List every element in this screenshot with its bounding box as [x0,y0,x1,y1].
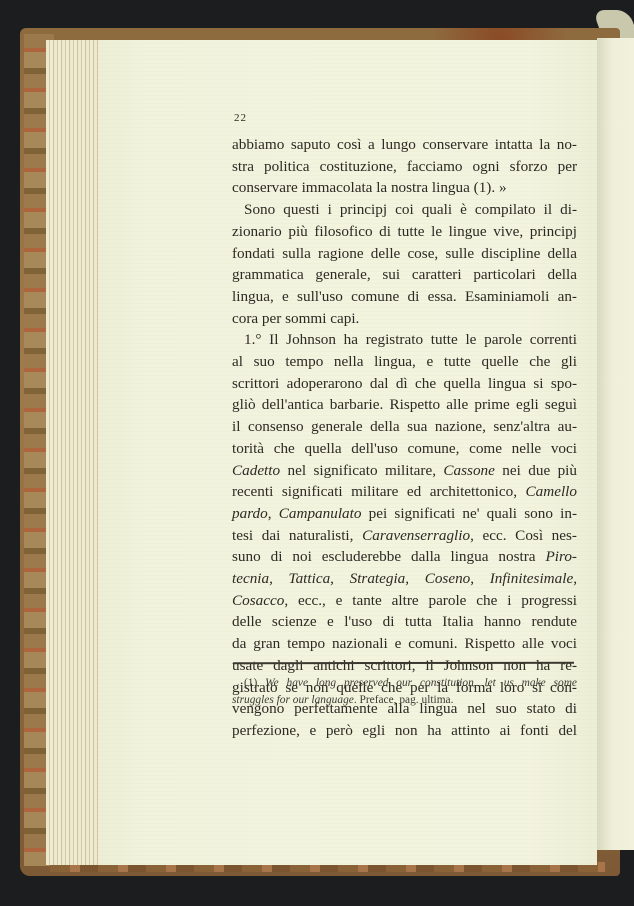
text-run: lingua, e sull'uso comune di essa. Esami… [232,288,577,305]
body-line: tecnia, Tattica, Strategia, Coseno, Infi… [232,568,577,590]
page-number: 22 [234,110,577,134]
italic-term: Strategia [350,570,406,587]
body-line: zionario più filosofico di tutte le ling… [232,221,577,243]
text-run: recenti significati militare ed architet… [232,483,526,500]
italic-term: Cosacco [232,592,284,609]
text-run: zionario più filosofico di tutte le ling… [232,223,577,240]
text-run: nel significato militare, [280,462,443,479]
text-run: grammatica generale, sui caratteri parti… [232,266,577,283]
body-line: stra politica costituzione, facciamo ogn… [232,156,577,178]
text-run: (1) [244,677,265,689]
text-run: usate dagli antichi scrittori, il Johnso… [232,657,577,674]
text-run: tesi dai naturalisti, [232,527,362,544]
text-run: cora per sommi capi. [232,310,359,327]
text-run: delle scienze e l'uso di tutta Italia ha… [232,613,577,630]
body-line: Cosacco, ecc., e tante altre parole che … [232,590,577,612]
italic-term: Cadetto [232,462,280,479]
text-run: , ecc. Così nes- [470,527,577,544]
body-line: cora per sommi capi. [232,308,577,330]
text-run: conservare immacolata la nostra lingua (… [232,179,507,196]
body-line: pardo, Campanulato pei significati ne' q… [232,503,577,525]
facing-page-edge [597,38,634,850]
body-paragraphs: abbiamo saputo così a lungo conservare i… [232,134,577,742]
footnote-line: struggles for our language. Preface, pag… [232,692,577,709]
footnote: (1) We have long preserved our constitut… [232,675,577,709]
italic-term: Infinitesimale [490,570,574,587]
text-run: abbiamo saputo così a lungo conservare i… [232,136,577,153]
body-line: conservare immacolata la nostra lingua (… [232,177,577,199]
text-run: stra politica costituzione, facciamo ogn… [232,158,577,175]
body-line: Sono questi i principj coi quali è compi… [232,199,577,221]
italic-term: Cassone [443,462,494,479]
body-line: 1.° Il Johnson ha registrato tutte le pa… [232,329,577,351]
body-line: da gran tempo nazionali e comuni. Rispet… [232,633,577,655]
italic-term: Piro- [546,548,578,565]
text-run: , ecc., e tante altre parole che i progr… [284,592,577,609]
text-run: . Preface, pag. ultima. [354,694,454,706]
footnote-line: (1) We have long preserved our constitut… [232,675,577,692]
text-run: al suo tempo nella lingua, e tutte quell… [232,353,577,370]
text-run: scrittori adoperarono dal dì che quella … [232,375,577,392]
text-run: , [405,570,424,587]
text-run: pei significati ne' quali sono in- [361,505,577,522]
body-line: delle scienze e l'uso di tutta Italia ha… [232,611,577,633]
italic-term: Coseno [425,570,471,587]
italic-term: struggles for our language [232,694,354,706]
text-run: , [573,570,577,587]
italic-term: Campanulato [279,505,362,522]
body-line: torità che quella dell'uso comune, come … [232,438,577,460]
body-line: grammatica generale, sui caratteri parti… [232,264,577,286]
body-line: perfezione, e però egli non ha attinto a… [232,720,577,742]
text-run: , [269,570,288,587]
body-line: il consenso generale della sua nazione, … [232,416,577,438]
body-line: Cadetto nel significato militare, Casson… [232,460,577,482]
text-run: fondati sulla ragione delle cose, sulle … [232,245,577,262]
body-line: tesi dai naturalisti, Caravenserraglio, … [232,525,577,547]
italic-term: Camello [526,483,577,500]
text-run: il consenso generale della sua nazione, … [232,418,577,435]
italic-term: We have long preserved our constitution,… [265,677,577,689]
text-run: suno di noi escluderebbe dalla lingua no… [232,548,546,565]
text-run: , [268,505,279,522]
italic-term: tecnia [232,570,269,587]
text-run: 1.° Il Johnson ha registrato tutte le pa… [244,331,577,348]
text-run: torità che quella dell'uso comune, come … [232,440,577,457]
text-run: , [470,570,489,587]
body-line: abbiamo saputo così a lungo conservare i… [232,134,577,156]
text-run: nei due più [495,462,577,479]
body-line: lingua, e sull'uso comune di essa. Esami… [232,286,577,308]
page-text: 22 abbiamo saputo così a lungo conservar… [232,110,577,742]
body-line: scrittori adoperarono dal dì che quella … [232,373,577,395]
text-run: Sono questi i principj coi quali è compi… [244,201,577,218]
body-line: gliò dell'antica barbarie. Rispetto alle… [232,394,577,416]
text-run: da gran tempo nazionali e comuni. Rispet… [232,635,577,652]
italic-term: Caravenserraglio [362,527,470,544]
italic-term: Tattica [289,570,331,587]
page-fore-edges [46,40,102,865]
body-line: recenti significati militare ed architet… [232,481,577,503]
body-line: usate dagli antichi scrittori, il Johnso… [232,655,577,677]
body-line: suno di noi escluderebbe dalla lingua no… [232,546,577,568]
italic-term: pardo [232,505,268,522]
body-line: al suo tempo nella lingua, e tutte quell… [232,351,577,373]
body-line: fondati sulla ragione delle cose, sulle … [232,243,577,265]
text-run: gliò dell'antica barbarie. Rispetto alle… [232,396,577,413]
book-scan: 22 abbiamo saputo così a lungo conservar… [0,0,634,906]
text-run: perfezione, e però egli non ha attinto a… [232,722,577,739]
text-run: , [330,570,349,587]
